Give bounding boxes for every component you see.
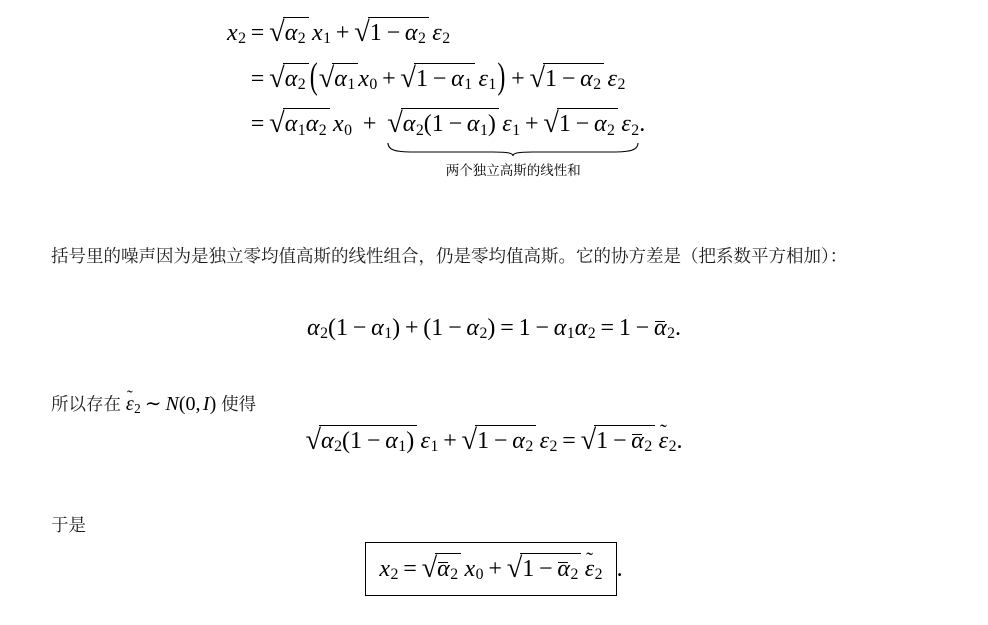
equation-boxed-result-wrap: x2=√α2x0+√1−α2˜ε2. xyxy=(0,542,988,596)
equation-rhs: =√α2(√α1x0+√1−α1ε1)+√1−α2ε2 xyxy=(246,62,625,95)
equation-boxed-period: . xyxy=(617,556,623,582)
paragraph-covariance: 括号里的噪声因为是独立零均值高斯的线性组合，仍是零均值高斯。它的协方差是（把系数… xyxy=(51,236,943,276)
equation-covariance-sum: α2(1−α1)+(1−α2)=1−α1α2=1−α2. xyxy=(0,315,988,343)
equation-gaussian-merge: √α2(1−α1)ε1+√1−α2ε2=√1−α2˜ε2. xyxy=(0,424,988,457)
equation-boxed-result: x2=√α2x0+√1−α2˜ε2 xyxy=(365,542,616,596)
derivation-align-block: x2 =√α2x1+√1−α2ε2 =√α2(√α1x0+√1−α1ε1)+√1… xyxy=(215,16,645,153)
derivation-row-3: =√α1α2x0+√α2(1−α1)ε1+√1−α2ε2两个独立高斯的线性和. xyxy=(215,107,645,140)
equation-rhs: =√α1α2x0+√α2(1−α1)ε1+√1−α2ε2两个独立高斯的线性和. xyxy=(246,107,645,140)
equation-rhs: =√α2x1+√1−α2ε2 xyxy=(246,16,450,49)
paragraph-exists-post: 使得 xyxy=(216,394,256,414)
inline-math-epsilon-distribution: ˜ε2∼N(0,I) xyxy=(126,393,216,415)
paragraph-exists-pre: 所以存在 xyxy=(51,394,126,414)
paragraph-exists: 所以存在 ˜ε2∼N(0,I) 使得 xyxy=(51,389,256,424)
derivation-row-1: x2 =√α2x1+√1−α2ε2 xyxy=(215,16,645,49)
equation-lhs: x2 xyxy=(215,20,246,48)
derivation-row-2: =√α2(√α1x0+√1−α1ε1)+√1−α2ε2 xyxy=(215,62,645,95)
paragraph-thus: 于是 xyxy=(51,510,86,540)
document-page: { "page": {"background": "#ffffff", "mat… xyxy=(0,0,988,625)
